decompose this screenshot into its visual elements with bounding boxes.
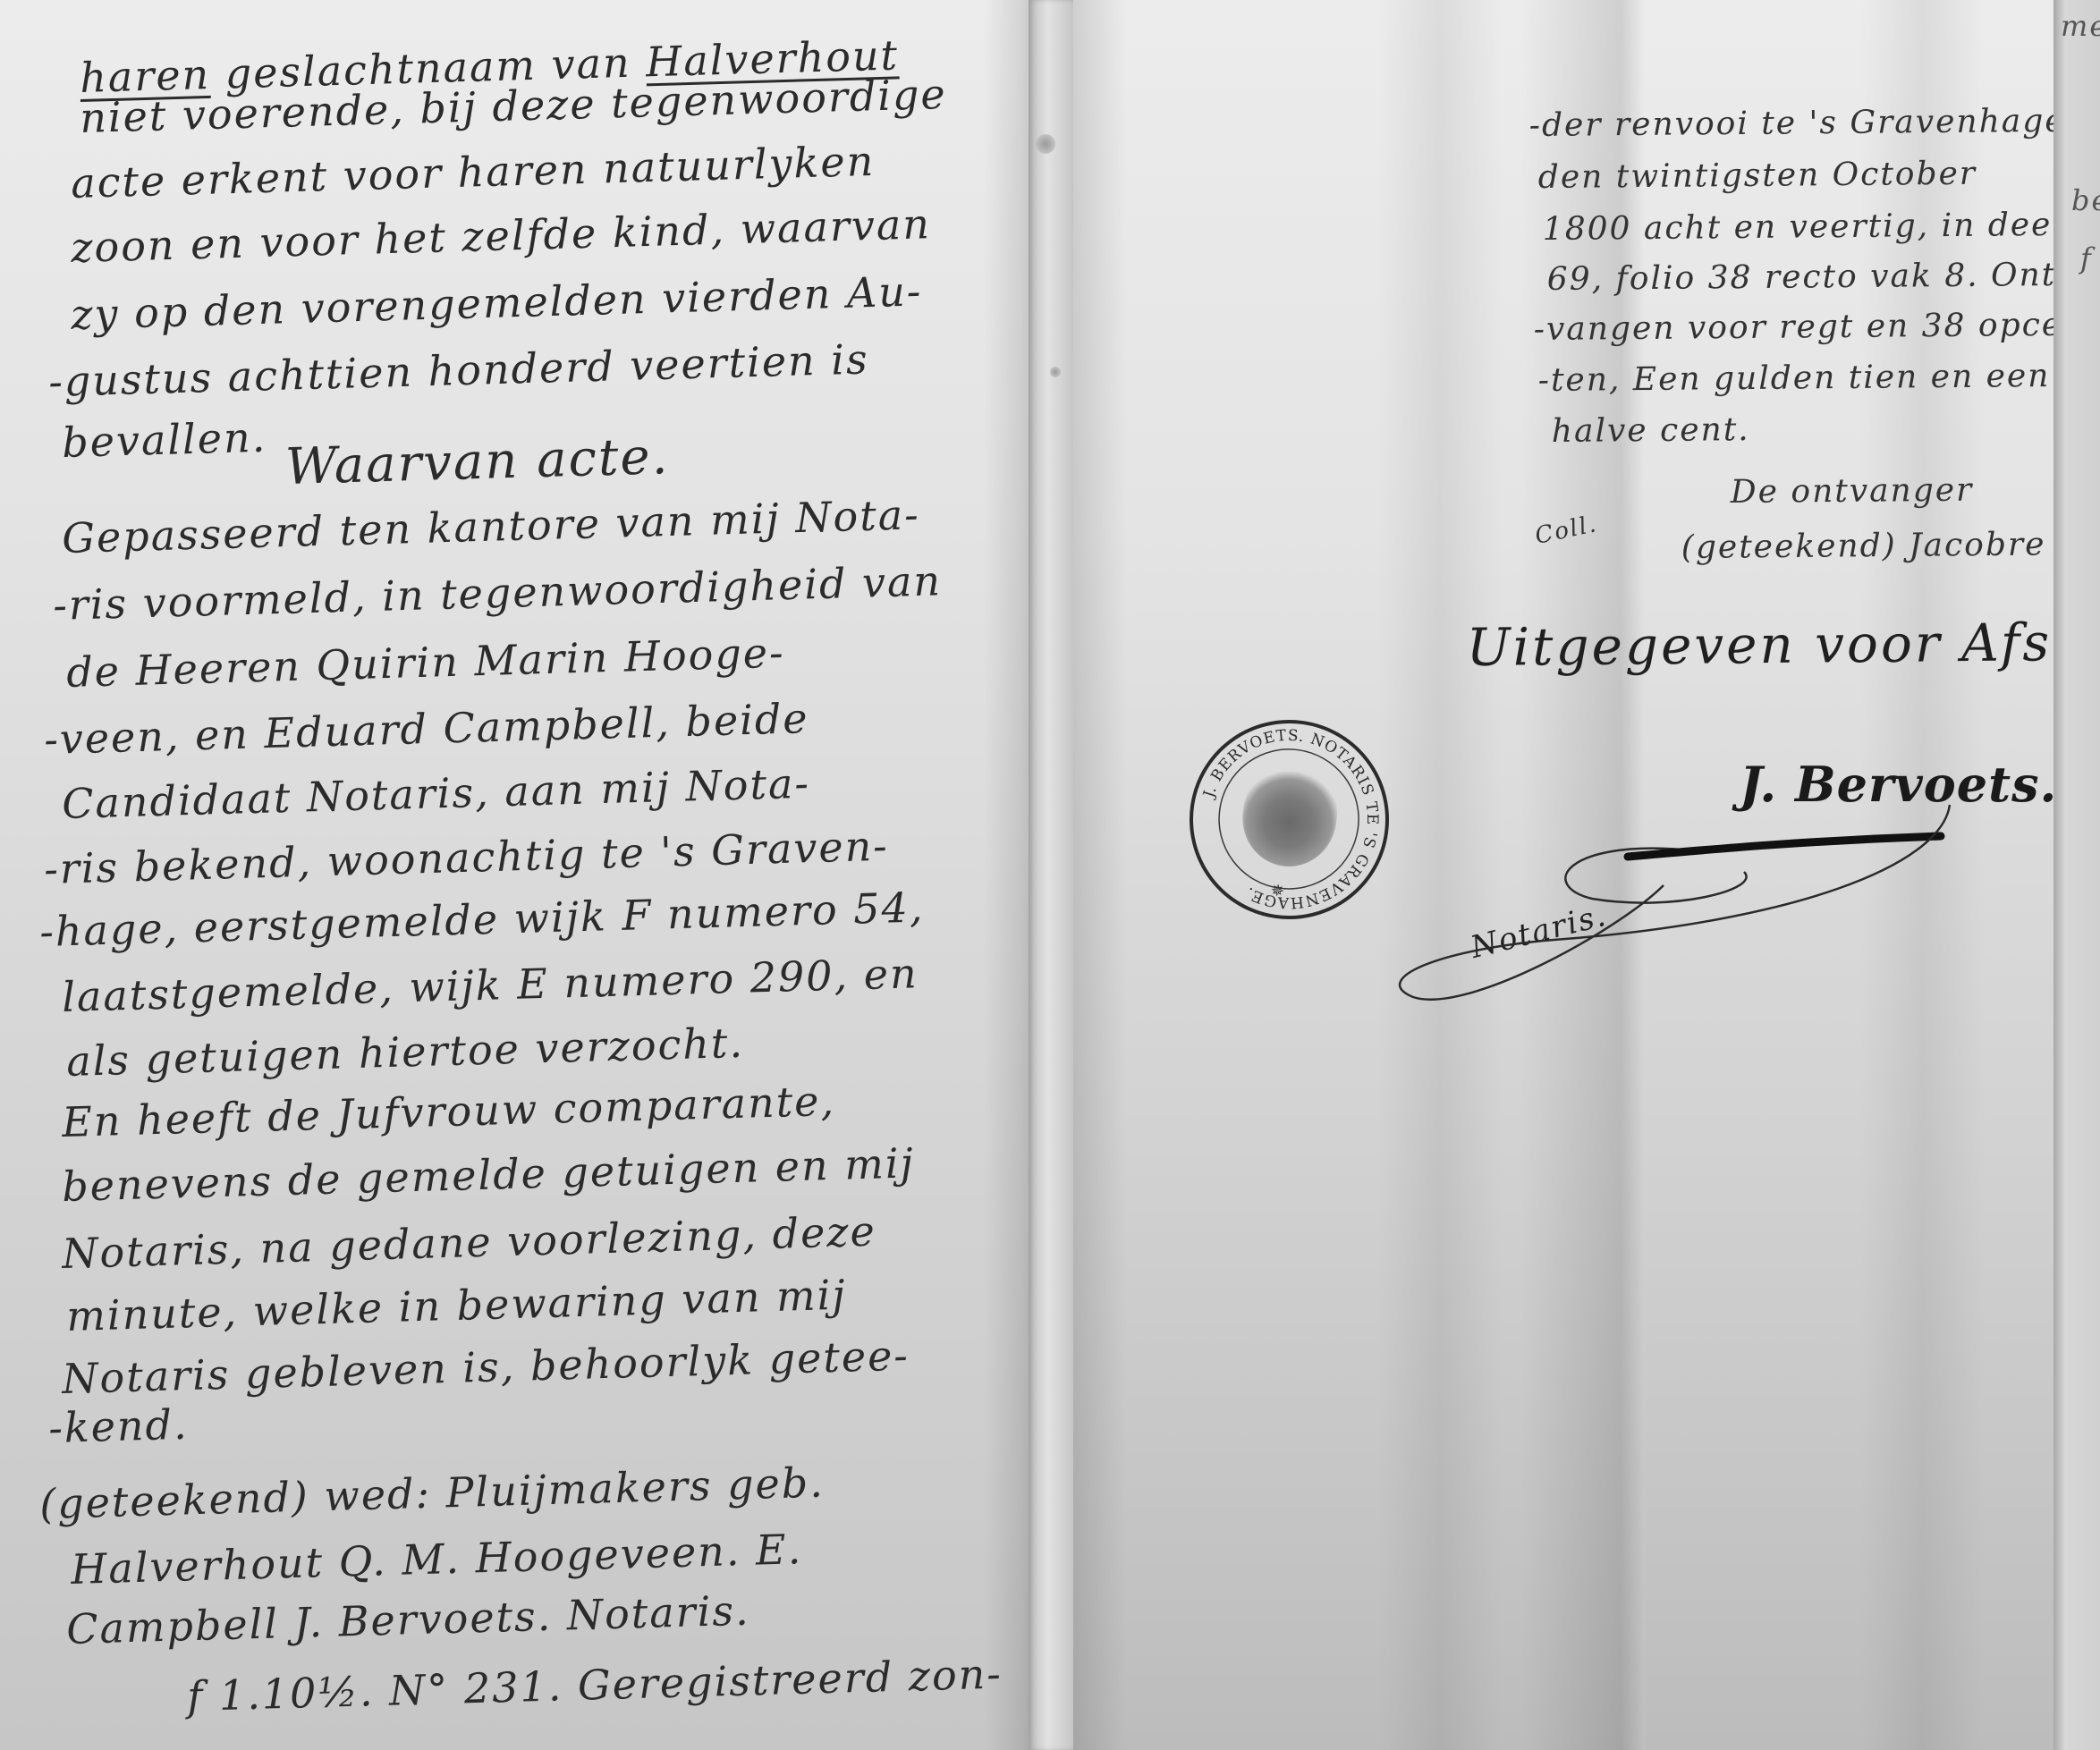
left-line-13: Candidaat Notaris, aan mij Nota-: [61, 759, 810, 828]
left-line-18: En heeft de Jufvrouw comparante,: [61, 1077, 835, 1146]
binding-hole: [1050, 367, 1061, 377]
left-line-6: -gustus achttien honderd veertien is: [47, 334, 869, 406]
next-page-edge: me be f: [2053, 0, 2100, 1750]
left-line-15: -hage, eerstgemelde wijk F numero 54,: [38, 883, 925, 956]
binding-hole: [1036, 134, 1055, 154]
right-line-5: -vangen voor regt en 38 opcen-: [1534, 306, 2098, 348]
left-line-23: -kend.: [47, 1400, 189, 1452]
edge-fragment: f: [2080, 241, 2093, 275]
document-photo: haren geslachtnaam van Halverhout niet v…: [0, 0, 2100, 1750]
right-line-7: halve cent.: [1552, 411, 1750, 450]
edge-fragment: be: [2071, 183, 2100, 217]
left-line-22: Notaris gebleven is, behoorlyk getee-: [61, 1332, 910, 1403]
left-line-16: laatstgemelde, wijk E numero 290, en: [61, 949, 919, 1021]
receiver-signed: (geteekend) Jacobre: [1681, 526, 2046, 566]
left-line-17: als getuigen hiertoe verzocht.: [65, 1019, 744, 1086]
left-line-4: zoon en voor het zelfde kind, waarvan: [70, 199, 931, 272]
left-line-11: de Heeren Quirin Marin Hooge-: [65, 629, 785, 697]
left-line-12: -veen, en Eduard Campbell, beide: [43, 694, 809, 764]
left-line-21: minute, welke in bewaring van mij: [65, 1271, 847, 1340]
left-line-10: -ris voormeld, in tegenwoordigheid van: [52, 556, 942, 630]
left-line-25: Halverhout Q. M. Hoogeveen. E.: [70, 1525, 802, 1594]
right-line-2: den twintigsten October: [1538, 156, 1977, 196]
left-line-9: Gepasseerd ten kantore van mij Nota-: [61, 490, 920, 562]
notary-seal: J. BERVOETS. NOTARIS TE 'S GRAVENHAGE. ✵: [1177, 707, 1402, 933]
left-line-3: acte erkent voor haren natuurlyken: [70, 137, 875, 207]
right-line-1: -der renvooi te 's Gravenhage,: [1529, 103, 2079, 144]
signature-flourish-icon: [1386, 787, 2012, 1002]
left-line-27: f 1.10½. N° 231. Geregistreerd zon-: [186, 1650, 1003, 1720]
right-line-3: 1800 acht en veertig, in deel: [1543, 207, 2064, 248]
seal-star-icon: ✵: [1269, 881, 1285, 901]
left-line-19: benevens de gemelde getuigen en mij: [61, 1138, 915, 1211]
left-line-26: Campbell J. Bervoets. Notaris.: [65, 1586, 750, 1653]
edge-fragment: me: [2061, 9, 2100, 43]
left-line-24: (geteekend) wed: Pluijmakers geb.: [38, 1458, 825, 1528]
left-page: haren geslachtnaam van Halverhout niet v…: [0, 0, 1046, 1750]
waarvan-acte-heading: Waarvan acte.: [284, 427, 670, 496]
left-line-20: Notaris, na gedane voorlezing, deze: [61, 1207, 876, 1278]
left-line-14: -ris bekend, woonachtig te 's Graven-: [43, 822, 889, 893]
receiver-title: De ontvanger: [1731, 472, 1974, 511]
left-line-5: zy op den vorengemelden vierden Au-: [70, 266, 923, 339]
right-line-6: -ten, Een gulden tien en een: [1538, 358, 2051, 399]
certification-line: Uitgegeven voor Afschrift: [1466, 611, 2100, 678]
left-line-7: bevallen.: [61, 413, 267, 467]
right-line-4: 69, folio 38 recto vak 8. Ont-: [1547, 257, 2070, 298]
